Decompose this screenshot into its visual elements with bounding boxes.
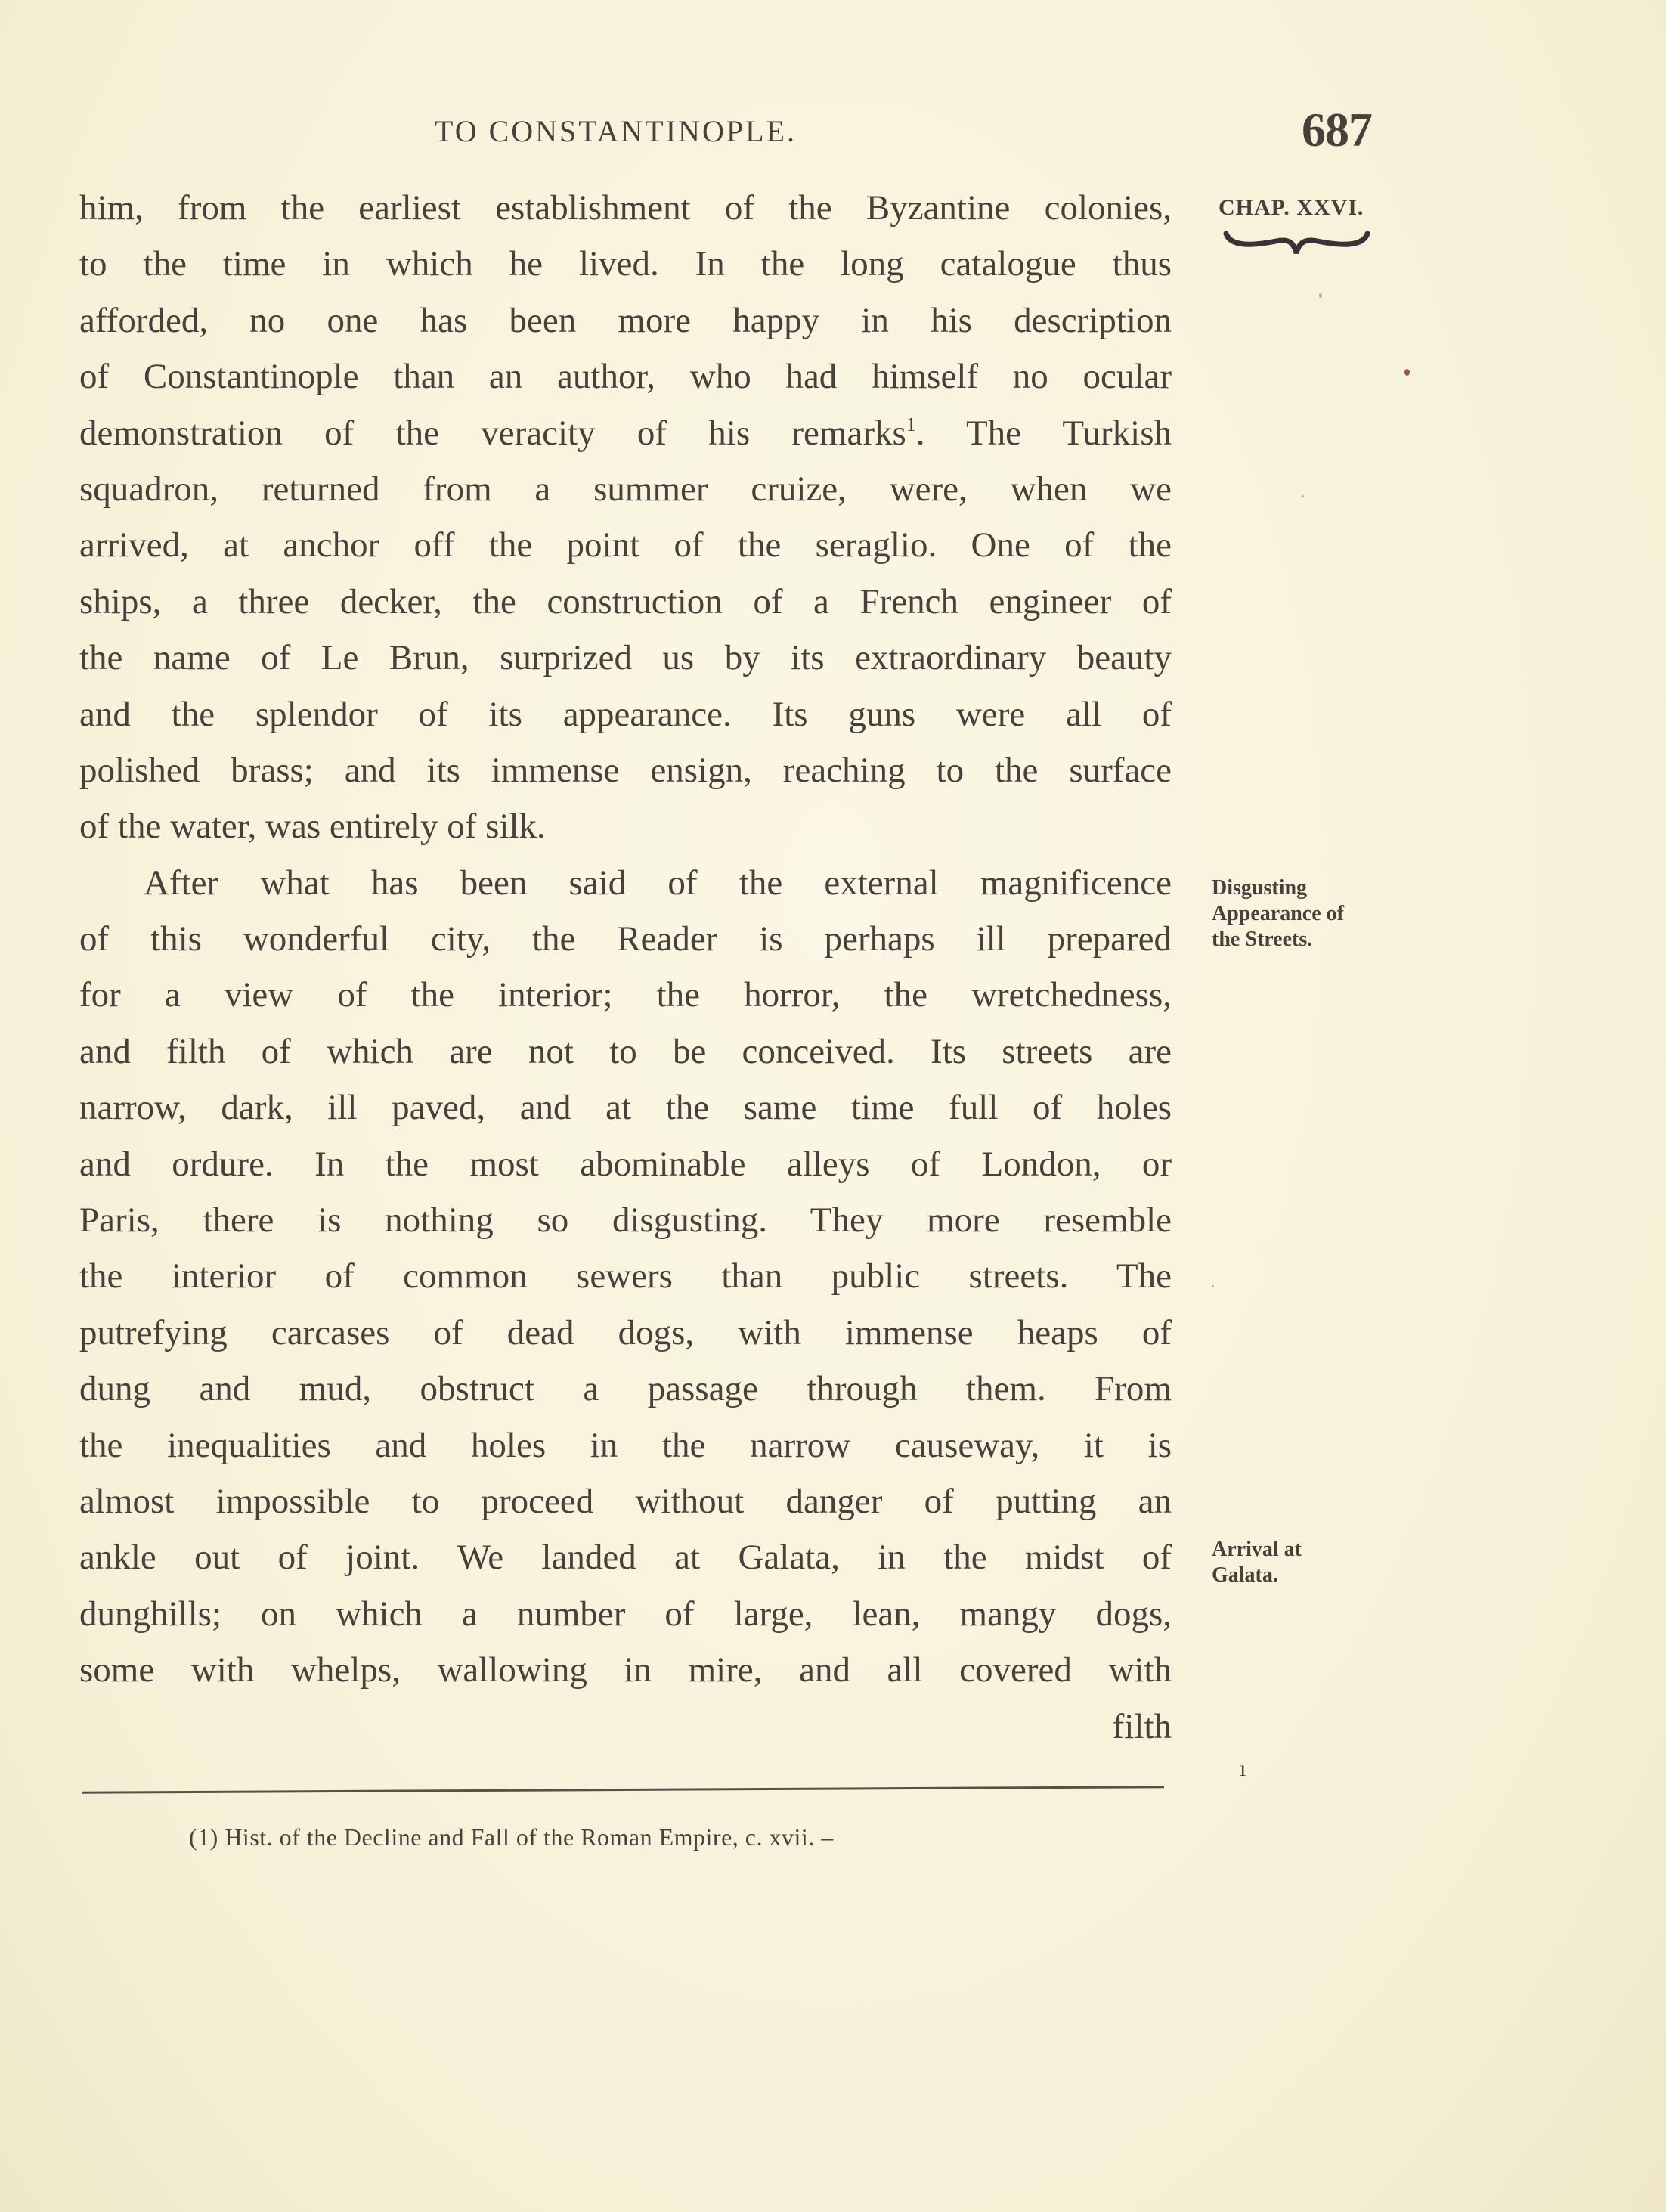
stray-mark: ı [1240, 1756, 1246, 1782]
side-note-line: Appearance of [1212, 901, 1344, 927]
paper-speck [1319, 293, 1322, 298]
book-page: TO CONSTANTINOPLE. 687 CHAP. XXVI. him, … [0, 0, 1666, 2212]
text-fragment: . The Turkish [916, 414, 1172, 453]
body-text: him, from the earliest establishment of … [79, 180, 1172, 1755]
text-line: of the water, was entirely of silk. [79, 798, 1172, 854]
side-note-line: Arrival at [1212, 1537, 1302, 1563]
side-note-line: the Streets. [1212, 927, 1344, 953]
text-line: dunghills; on which a number of large, l… [79, 1586, 1172, 1642]
text-line: putrefying carcases of dead dogs, with i… [79, 1305, 1172, 1361]
chapter-label: CHAP. XXVI. [1219, 195, 1364, 221]
text-line: for a view of the interior; the horror, … [79, 967, 1172, 1023]
text-line: polished brass; and its immense ensign, … [79, 742, 1172, 798]
text-fragment: demonstration of the veracity of his rem… [79, 414, 906, 453]
text-line: and filth of which are not to be conceiv… [79, 1024, 1172, 1080]
paragraph-start-line: After what has been said of the external… [79, 855, 1172, 911]
paper-speck [1404, 369, 1410, 376]
text-line: ankle out of joint. We landed at Galata,… [79, 1529, 1172, 1585]
text-line: ships, a three decker, the construction … [79, 574, 1172, 630]
text-line: of Constantinople than an author, who ha… [79, 349, 1172, 404]
side-note-line: Disgusting [1212, 875, 1344, 901]
catchword: filth [79, 1699, 1172, 1755]
side-note-line: Galata. [1212, 1563, 1302, 1588]
page-number: 687 [1302, 102, 1372, 158]
text-line: dung and mud, obstruct a passage through… [79, 1361, 1172, 1417]
side-note-arrival-galata: Arrival at Galata. [1212, 1537, 1302, 1588]
text-line: and the splendor of its appearance. Its … [79, 686, 1172, 742]
text-line: the interior of common sewers than publi… [79, 1248, 1172, 1304]
text-line: squadron, returned from a summer cruize,… [79, 461, 1172, 517]
paper-speck [1302, 495, 1304, 497]
footnote-divider [82, 1786, 1164, 1793]
running-head: TO CONSTANTINOPLE. [435, 113, 797, 149]
text-line: and ordure. In the most abominable alley… [79, 1136, 1172, 1192]
text-line: him, from the earliest establishment of … [79, 180, 1172, 236]
text-line: afforded, no one has been more happy in … [79, 293, 1172, 349]
text-line: narrow, dark, ill paved, and at the same… [79, 1080, 1172, 1135]
footnote-reference: 1 [906, 414, 916, 435]
paper-speck [1212, 1285, 1214, 1287]
text-line: arrived, at anchor off the point of the … [79, 517, 1172, 573]
brace-ornament-icon [1223, 231, 1370, 261]
text-line: almost impossible to proceed without dan… [79, 1473, 1172, 1529]
text-line: some with whelps, wallowing in mire, and… [79, 1642, 1172, 1698]
text-line: the inequalities and holes in the narrow… [79, 1417, 1172, 1473]
text-line: of this wonderful city, the Reader is pe… [79, 911, 1172, 967]
side-note-disgusting-streets: Disgusting Appearance of the Streets. [1212, 875, 1344, 953]
footnote: (1) Hist. of the Decline and Fall of the… [189, 1823, 834, 1851]
text-line: Paris, there is nothing so disgusting. T… [79, 1192, 1172, 1248]
text-line: the name of Le Brun, surprized us by its… [79, 630, 1172, 686]
text-line-with-footnote: demonstration of the veracity of his rem… [79, 405, 1172, 461]
text-line: to the time in which he lived. In the lo… [79, 236, 1172, 292]
